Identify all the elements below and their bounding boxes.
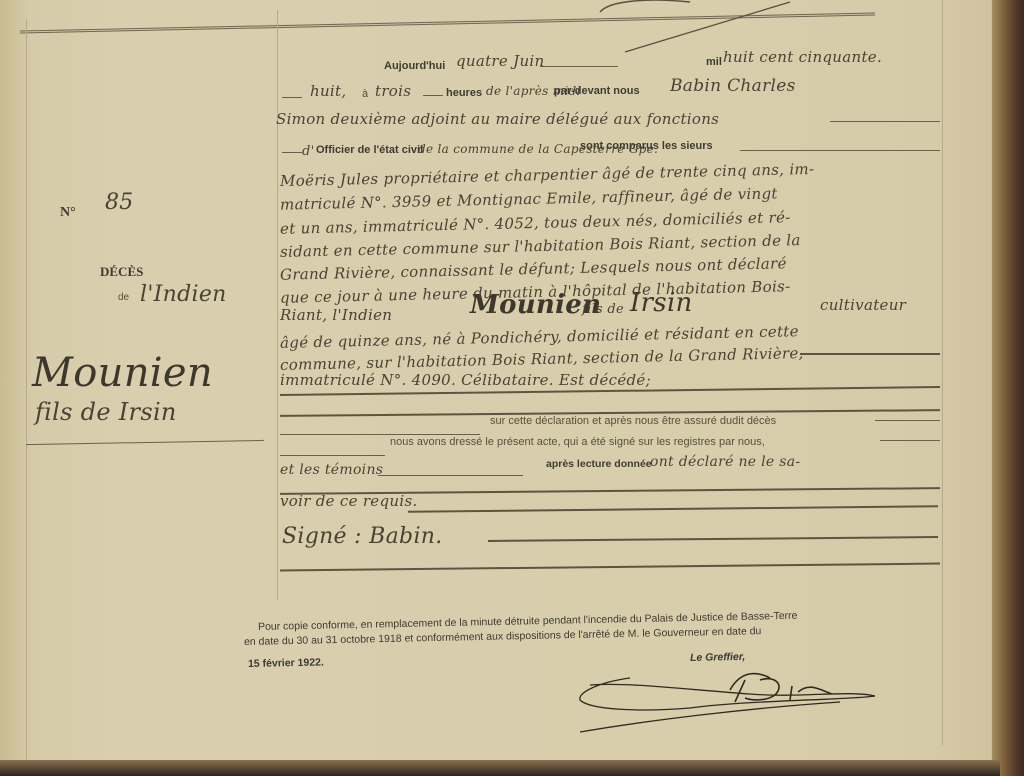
death-line-2-start: Riant, l'Indien: [280, 306, 392, 324]
fill-line: [280, 434, 480, 435]
fill-line: [423, 95, 443, 96]
margin-deceased-name: Mounien: [32, 350, 213, 396]
lecture-donnee-label: après lecture donnée: [546, 458, 652, 470]
de-label: de: [118, 292, 129, 303]
fill-line: [830, 121, 940, 122]
aujourdhui-label: Aujourd'hui: [384, 60, 445, 72]
fill-line: [740, 150, 940, 151]
fill-line: [880, 440, 940, 441]
occupation-hand: cultivateur: [820, 296, 906, 314]
fils-de-hand: fils de: [582, 302, 624, 317]
acte-dresse-line: nous avons dressé le présent acte, qui a…: [390, 436, 765, 448]
greffier-signature: [570, 660, 890, 740]
fill-line: [800, 353, 940, 355]
fill-line: [540, 66, 618, 67]
declaration-line: sur cette déclaration et après nous être…: [490, 415, 776, 427]
officier-label: Officier de l'état civil: [316, 144, 423, 156]
signed-babin-hand: Signé : Babin.: [282, 524, 443, 549]
death-line-5: immatriculé N°. 4090. Célibataire. Est d…: [280, 371, 651, 389]
column-rule: [277, 10, 278, 600]
fill-line: [408, 505, 938, 512]
hour-hand: trois: [375, 82, 411, 100]
requis-hand: voir de ce requis.: [280, 492, 418, 510]
margin-divider: [26, 440, 264, 445]
book-binding-edge: [992, 0, 1024, 776]
certification-date: 15 février 1922.: [248, 656, 324, 670]
fill-line: [875, 420, 940, 421]
margin-title-hand: l'Indien: [140, 282, 227, 307]
officer-title-hand: Simon deuxième adjoint au maire délégué …: [276, 110, 719, 128]
declared-hand: ont déclaré ne le sa-: [650, 454, 800, 470]
fill-line: [378, 475, 523, 476]
fill-line: [488, 536, 938, 541]
left-margin-rule: [26, 20, 27, 760]
comparus-label: sont comparus les sieurs: [580, 140, 713, 152]
mil-label: mil: [706, 56, 722, 68]
a-label: à: [362, 88, 368, 100]
year-cont-hand: huit,: [310, 82, 346, 100]
margin-father-name: fils de Irsin: [35, 398, 177, 426]
fill-line: [280, 455, 385, 456]
father-name: Irsin: [630, 288, 693, 318]
officer-name-hand: Babin Charles: [670, 76, 796, 96]
d-hand: d': [302, 144, 315, 159]
temoins-hand: et les témoins: [280, 462, 383, 478]
record-number-label: N°: [60, 205, 76, 221]
page-bottom-edge: [0, 760, 1000, 776]
fill-line: [282, 152, 302, 153]
record-number-value: 85: [105, 190, 134, 215]
right-margin-rule: [942, 0, 943, 745]
date-hand: quatre Juin: [456, 52, 544, 70]
ruled-line: [280, 563, 940, 571]
register-page: N° 85 DÉCÈS de l'Indien Mounien fils de …: [0, 0, 1000, 762]
heures-label: heures: [446, 87, 482, 99]
fill-line: [282, 97, 302, 98]
deces-title: DÉCÈS: [100, 264, 143, 280]
year-hand: huit cent cinquante.: [723, 48, 882, 66]
par-devant-label: par-devant nous: [554, 85, 640, 97]
